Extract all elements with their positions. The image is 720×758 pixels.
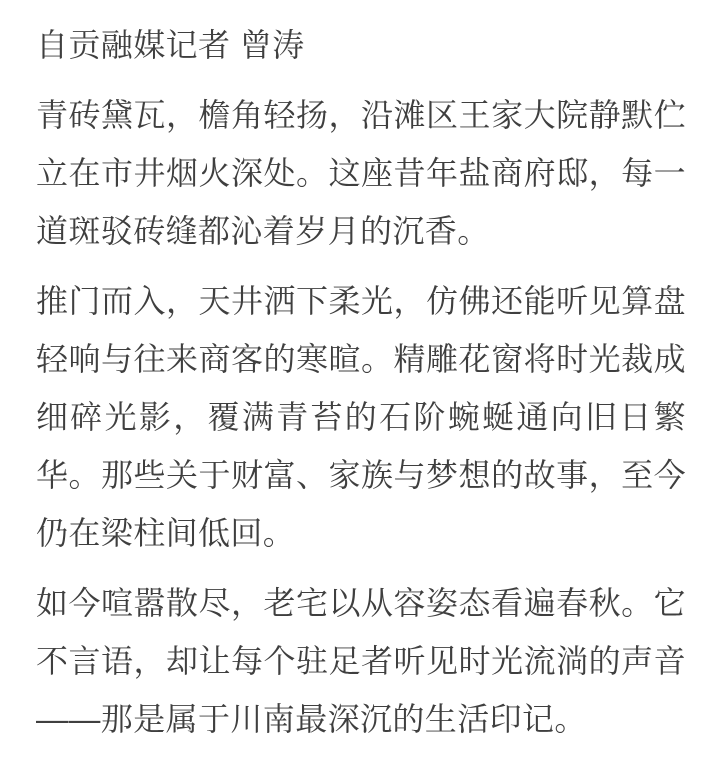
article-paragraph-2: 推门而入，天井洒下柔光，仿佛还能听见算盘轻响与往来商客的寒暄。精雕花窗将时光裁成… xyxy=(36,272,686,562)
article-body: 自贡融媒记者 曾涛 青砖黛瓦，檐角轻扬，沿滩区王家大院静默伫立在市井烟火深处。这… xyxy=(0,0,720,748)
article-paragraph-1: 青砖黛瓦，檐角轻扬，沿滩区王家大院静默伫立在市井烟火深处。这座昔年盐商府邸，每一… xyxy=(36,86,686,260)
article-byline: 自贡融媒记者 曾涛 xyxy=(36,16,686,74)
article-paragraph-3: 如今喧嚣散尽，老宅以从容姿态看遍春秋。它不言语，却让每个驻足者听见时光流淌的声音… xyxy=(36,574,686,748)
